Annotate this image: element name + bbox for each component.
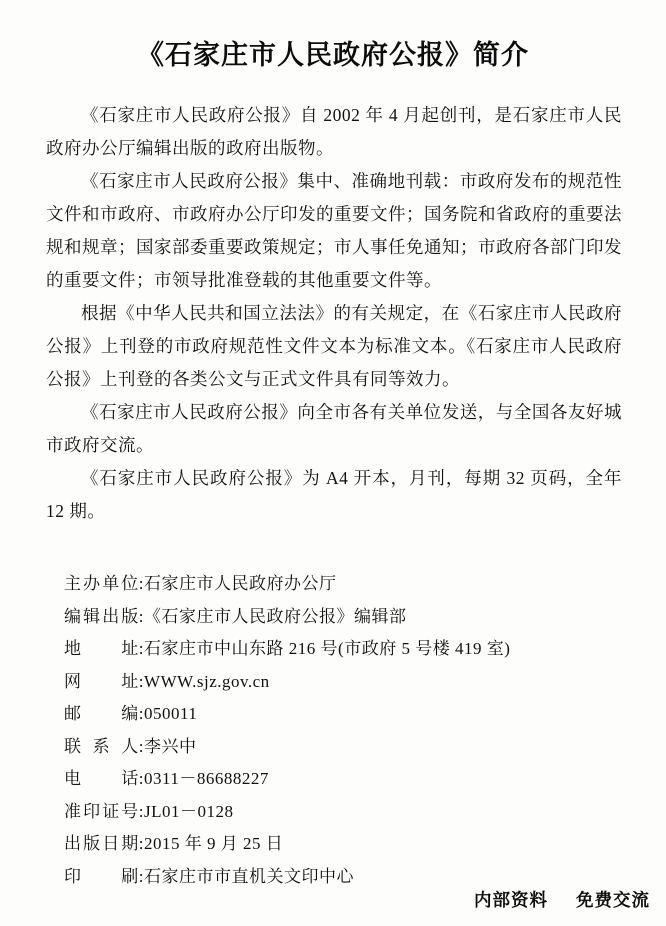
info-value: 《石家庄市人民政府公报》编辑部: [144, 607, 407, 626]
info-row-postcode: 邮编:050011: [64, 698, 622, 731]
info-label: 主办单位: [64, 568, 139, 601]
paragraph-founding: 《石家庄市人民政府公报》自 2002 年 4 月起创刊，是石家庄市人民政府办公厅…: [46, 99, 622, 165]
paragraph-distribution: 《石家庄市人民政府公报》向全市各有关单位发送，与全国各友好城市政府交流。: [46, 396, 622, 462]
info-value: 石家庄市人民政府办公厅: [144, 574, 337, 593]
info-value: 石家庄市市直机关文印中心: [144, 867, 354, 886]
info-label: 出版日期: [64, 828, 139, 861]
info-label: 印刷: [64, 861, 139, 894]
info-label: 编辑出版: [64, 601, 139, 634]
gazette-intro-page: 《石家庄市人民政府公报》简介 《石家庄市人民政府公报》自 2002 年 4 月起…: [0, 0, 666, 926]
body-text: 《石家庄市人民政府公报》自 2002 年 4 月起创刊，是石家庄市人民政府办公厅…: [46, 99, 622, 528]
info-row-phone: 电话:0311－86688227: [64, 763, 622, 796]
info-value: 石家庄市中山东路 216 号(市政府 5 号楼 419 室): [144, 639, 510, 658]
info-row-address: 地址:石家庄市中山东路 216 号(市政府 5 号楼 419 室): [64, 633, 622, 666]
info-row-website: 网址:WWW.sjz.gov.cn: [64, 666, 622, 699]
footer-notice: 内部资料免费交流: [474, 887, 650, 912]
paragraph-legal-status: 根据《中华人民共和国立法法》的有关规定，在《石家庄市人民政府公报》上刊登的市政府…: [46, 297, 622, 396]
info-label: 网址: [64, 666, 139, 699]
info-row-publisher: 编辑出版:《石家庄市人民政府公报》编辑部: [64, 601, 622, 634]
info-value: WWW.sjz.gov.cn: [144, 672, 270, 691]
info-label: 联系人: [64, 731, 139, 764]
info-row-contact: 联系人:李兴中: [64, 731, 622, 764]
info-value: JL01－0128: [144, 802, 234, 821]
info-row-publish-date: 出版日期:2015 年 9 月 25 日: [64, 828, 622, 861]
footer-internal-material-label: 内部资料: [474, 890, 548, 910]
page-title: 《石家庄市人民政府公报》简介: [0, 0, 666, 72]
paragraph-format: 《石家庄市人民政府公报》为 A4 开本，月刊，每期 32 页码，全年 12 期。: [46, 462, 622, 528]
footer-free-exchange-label: 免费交流: [576, 890, 650, 910]
info-row-organizer: 主办单位:石家庄市人民政府办公厅: [64, 568, 622, 601]
info-label: 邮编: [64, 698, 139, 731]
paragraph-contents: 《石家庄市人民政府公报》集中、准确地刊载：市政府发布的规范性文件和市政府、市政府…: [46, 165, 622, 297]
info-label: 地址: [64, 633, 139, 666]
publication-info-list: 主办单位:石家庄市人民政府办公厅 编辑出版:《石家庄市人民政府公报》编辑部 地址…: [64, 568, 622, 893]
info-label: 准印证号: [64, 796, 139, 829]
info-label: 电话: [64, 763, 139, 796]
info-value: 2015 年 9 月 25 日: [144, 834, 283, 853]
info-value: 0311－86688227: [144, 769, 269, 788]
info-row-permit-number: 准印证号:JL01－0128: [64, 796, 622, 829]
info-value: 050011: [144, 704, 197, 723]
info-value: 李兴中: [144, 737, 197, 756]
